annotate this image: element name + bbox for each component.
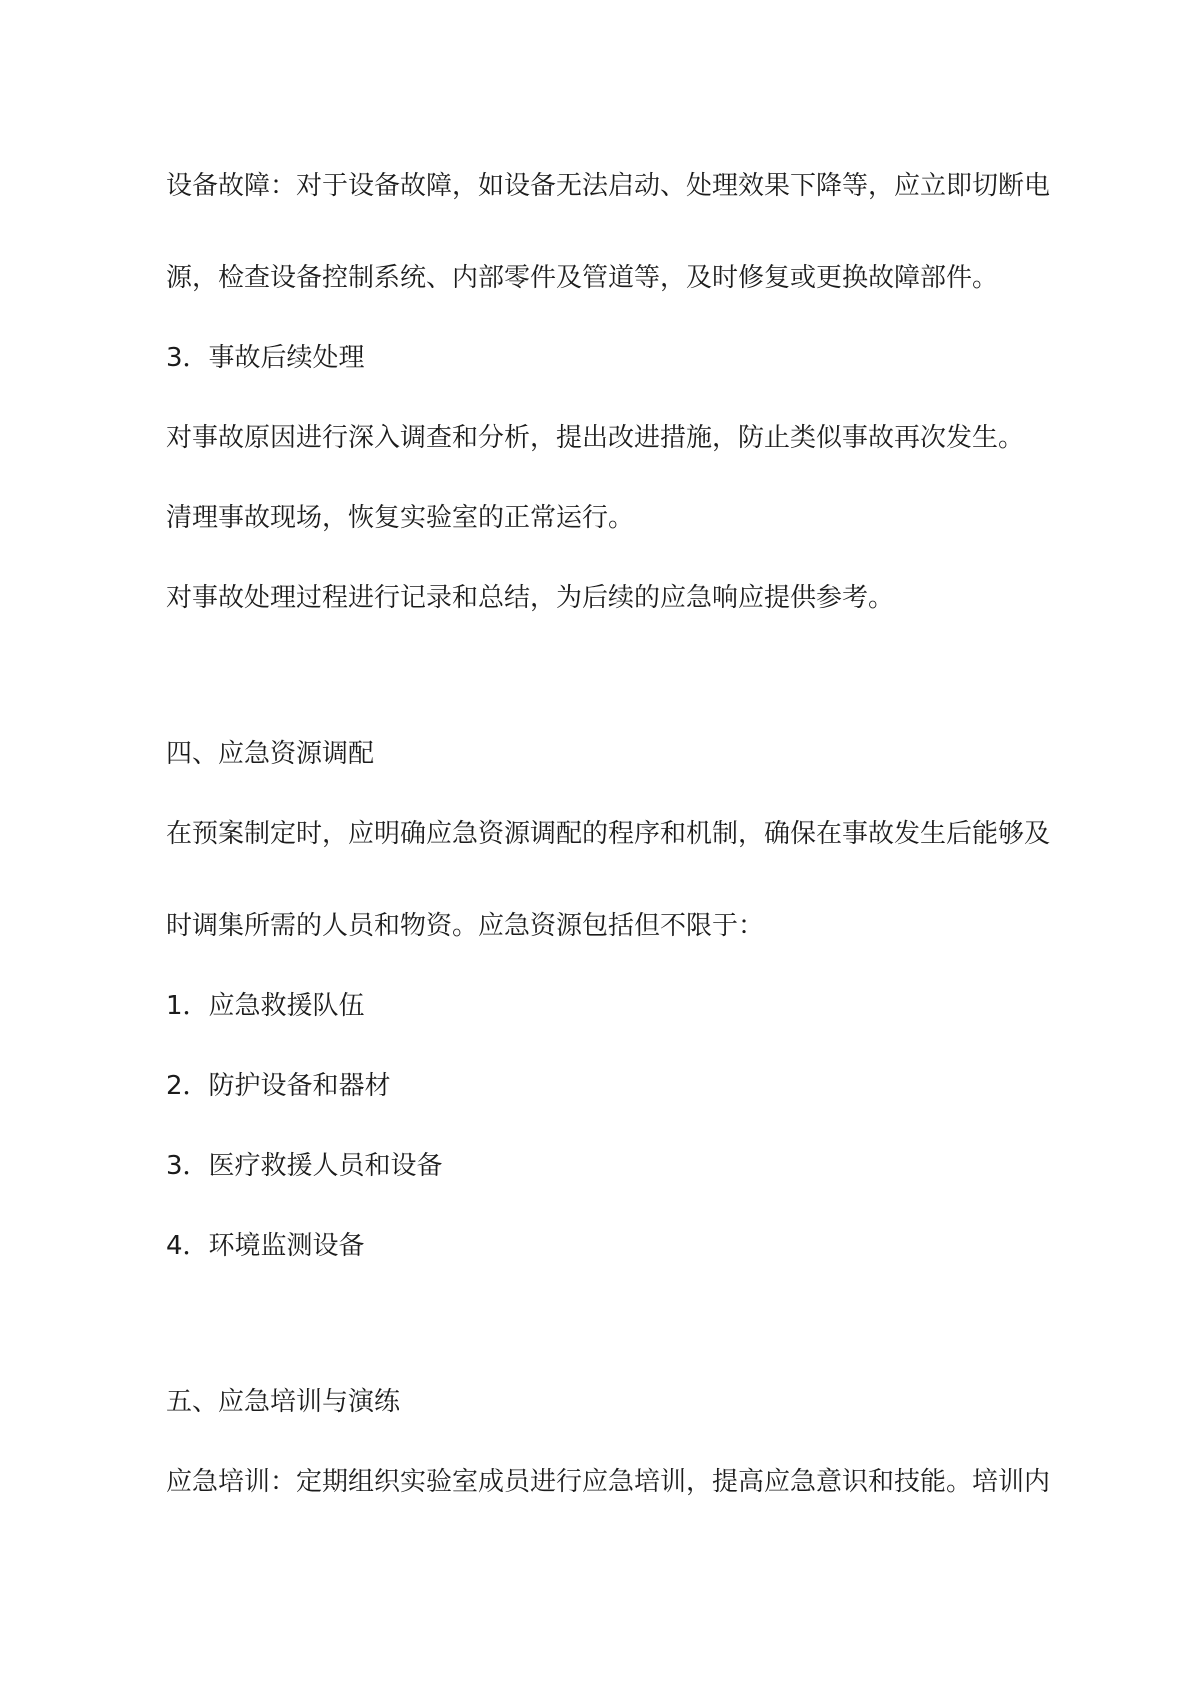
text-line: 3．医疗救援人员和设备 [166,1117,1040,1209]
text-line: 在预案制定时，应明确应急资源调配的程序和机制，确保在事故发生后能够及 [166,785,1040,877]
text-line: 对事故处理过程进行记录和总结，为后续的应急响应提供参考。 [166,549,1040,641]
paragraph: 在预案制定时，应明确应急资源调配的程序和机制，确保在事故发生后能够及时调集所需的… [166,785,1040,969]
paragraph: 4．环境监测设备 [166,1197,1040,1289]
text-line: 清理事故现场，恢复实验室的正常运行。 [166,469,1040,561]
paragraph: 对事故处理过程进行记录和总结，为后续的应急响应提供参考。 [166,549,1040,641]
section-heading: 四、应急资源调配 [166,705,1040,797]
text-line: 时调集所需的人员和物资。应急资源包括但不限于： [166,877,1040,969]
text-line: 四、应急资源调配 [166,705,1040,797]
text-line: 1．应急救援队伍 [166,957,1040,1049]
paragraph: 3．医疗救援人员和设备 [166,1117,1040,1209]
document-body: 设备故障：对于设备故障，如设备无法启动、处理效果下降等，应立即切断电源，检查设备… [0,0,1190,1525]
paragraph: 对事故原因进行深入调查和分析，提出改进措施，防止类似事故再次发生。 [166,389,1040,481]
text-line: 设备故障：对于设备故障，如设备无法启动、处理效果下降等，应立即切断电 [166,137,1040,229]
text-line: 4．环境监测设备 [166,1197,1040,1289]
text-line: 应急培训：定期组织实验室成员进行应急培训，提高应急意识和技能。培训内 [166,1433,1040,1525]
text-line: 源，检查设备控制系统、内部零件及管道等，及时修复或更换故障部件。 [166,229,1040,321]
text-line: 3．事故后续处理 [166,309,1040,401]
paragraph: 应急培训：定期组织实验室成员进行应急培训，提高应急意识和技能。培训内 [166,1433,1040,1525]
section-heading: 五、应急培训与演练 [166,1353,1040,1445]
paragraph: 清理事故现场，恢复实验室的正常运行。 [166,469,1040,561]
text-line: 2．防护设备和器材 [166,1037,1040,1129]
paragraph: 设备故障：对于设备故障，如设备无法启动、处理效果下降等，应立即切断电源，检查设备… [166,137,1040,321]
text-line: 对事故原因进行深入调查和分析，提出改进措施，防止类似事故再次发生。 [166,389,1040,481]
paragraph: 3．事故后续处理 [166,309,1040,401]
paragraph: 1．应急救援队伍 [166,957,1040,1049]
text-line: 五、应急培训与演练 [166,1353,1040,1445]
paragraph: 2．防护设备和器材 [166,1037,1040,1129]
document-page: 设备故障：对于设备故障，如设备无法启动、处理效果下降等，应立即切断电源，检查设备… [0,0,1190,1683]
